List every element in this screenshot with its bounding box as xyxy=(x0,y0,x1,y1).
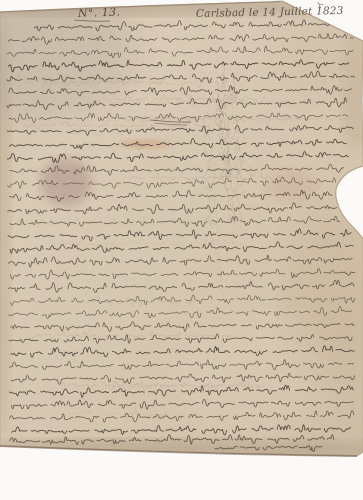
letter-dateline: Carlsbad le 14 Juillet 1823 xyxy=(196,5,344,20)
stain xyxy=(119,139,171,149)
scanned-letter-page: N°. 13. Carlsbad le 14 Juillet 1823 xyxy=(0,0,363,500)
stain xyxy=(266,170,318,202)
stain xyxy=(40,158,92,206)
letter-scan: N°. 13. Carlsbad le 14 Juillet 1823 xyxy=(0,0,363,500)
